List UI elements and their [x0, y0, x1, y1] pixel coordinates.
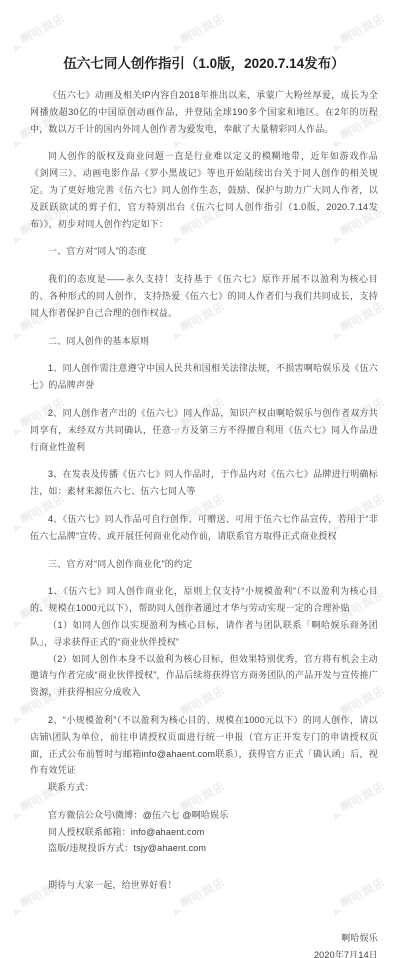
aha-logo-icon: ▶, [12, 329, 23, 340]
paragraph-commerce-1-1: （1）如同人创作以实现盈利为核心目标，请作者与团队联系「啊哈娱乐商务团队」，寻求… [30, 617, 378, 651]
contact-label: 联系方式： [30, 779, 378, 796]
aha-logo-icon: ▶, [12, 713, 23, 724]
signature-name: 啊哈娱乐 [30, 930, 378, 947]
contact-line-wechat: 官方微信公众号\微博：@伍六七 @啊哈娱乐 [30, 807, 378, 824]
paragraph-rule-1: 1、同人创作需注意遵守中国人民共和国相关法律法规，不损害啊哈娱乐及《伍六七》的品… [30, 360, 378, 394]
paragraph-commerce-1: 1、《伍六七》同人创作商业化，原则上仅支持“小规模盈利”（不以盈利为核心目的、规… [30, 583, 378, 617]
signature-block: 啊哈娱乐 2020年7月14日 [30, 930, 378, 958]
paragraph-intro-1: 《伍六七》动画及相关IP内容自2018年推出以来，承蒙广大粉丝厚爱，成长为全网播… [30, 87, 378, 137]
section-heading-1: 一、官方对“同人”的态度 [30, 243, 378, 260]
paragraph-attitude: 我们的态度是——永久支持！支持基于《伍六七》原作开展不以盈利为核心目的、各种形式… [30, 271, 378, 321]
document-content: 伍六七同人创作指引（1.0版，2020.7.14发布） 《伍六七》动画及相关IP… [30, 0, 378, 958]
aha-logo-icon: ▶, [12, 233, 23, 244]
contact-line-report: 盗版/违规投诉方式：tsjy@ahaent.com [30, 840, 378, 857]
aha-logo-icon: ▶, [12, 41, 23, 52]
section-heading-2: 二、同人创作的基本原则 [30, 333, 378, 350]
signature-date: 2020年7月14日 [30, 947, 378, 958]
paragraph-rule-4: 4、《伍六七》同人作品可自行创作、可赠送、可用于伍六七作品宣传，若用于“非伍六七… [30, 511, 378, 545]
aha-logo-icon: ▶, [12, 905, 23, 916]
document-page: ▶,啊哈娱乐▶,啊哈娱乐▶,啊哈娱乐▶,啊哈娱乐▶,啊哈娱乐▶,啊哈娱乐▶,啊哈… [0, 0, 406, 958]
section-heading-3: 三、官方对“同人创作商业化”的约定 [30, 556, 378, 573]
paragraph-commerce-1-2: （2）如同人创作本身不以盈利为核心目标，但效果特别优秀，官方将有机会主动邀请与作… [30, 651, 378, 701]
aha-logo-icon: ▶, [12, 425, 23, 436]
aha-logo-icon: ▶, [12, 521, 23, 532]
aha-logo-icon: ▶, [12, 617, 23, 628]
aha-logo-icon: ▶, [12, 137, 23, 148]
paragraph-rule-3: 3、在发表及传播《伍六七》同人作品时，于作品内对《伍六七》品牌进行明确标注，如：… [30, 466, 378, 500]
paragraph-commerce-2: 2、“小规模盈利”（不以盈利为核心目的、规模在1000元以下）的同人创作，请以店… [30, 712, 378, 779]
closing-line: 期待与大家一起，给世界好看！ [30, 877, 378, 894]
doc-title: 伍六七同人创作指引（1.0版，2020.7.14发布） [30, 54, 378, 73]
paragraph-rule-2: 2、同人创作者产出的《伍六七》同人作品，知识产权由啊哈娱乐与创作者双方共同享有，… [30, 405, 378, 455]
contact-line-email: 同人授权联系邮箱：info@ahaent.com [30, 824, 378, 841]
paragraph-intro-2: 同人创作的版权及商业问题一直是行业难以定义的模糊地带，近年如游戏作品《剑网三》、… [30, 148, 378, 232]
aha-logo-icon: ▶, [12, 809, 23, 820]
